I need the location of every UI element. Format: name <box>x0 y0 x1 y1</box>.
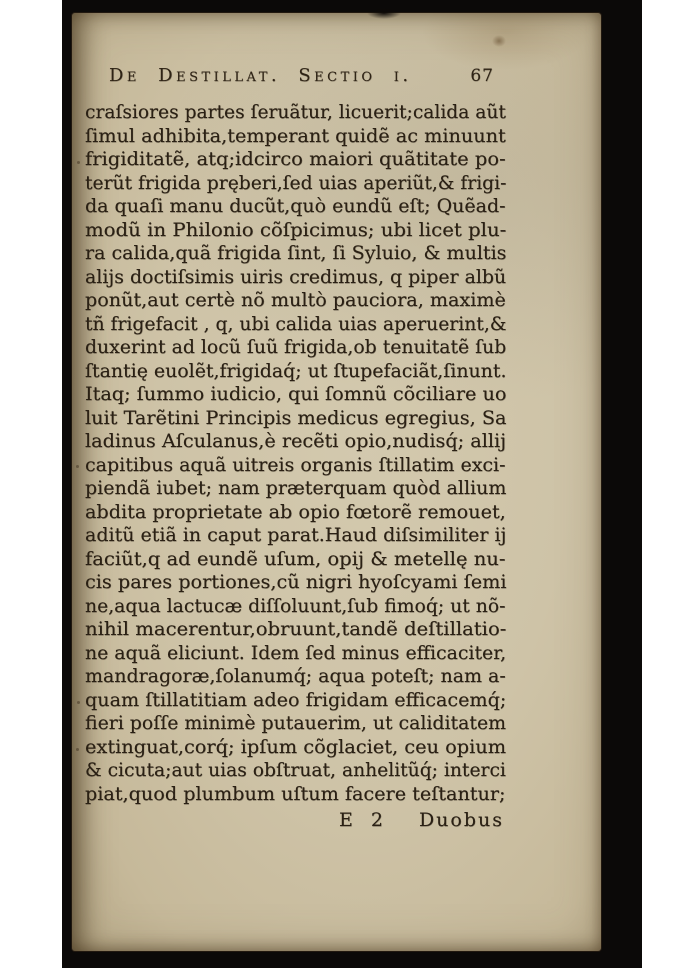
catchword: Duobus <box>419 809 504 833</box>
text-line: ſtantię euolẽt,frigidaq́; ut ſtupefaciãt… <box>85 360 506 384</box>
ink-speck <box>77 701 80 704</box>
text-line: capitibus aquã uitreis organis ſtillatim… <box>85 454 506 478</box>
text-line: piat,quod plumbum uſtum facere teſtantur… <box>85 783 506 807</box>
text-line: tñ frigefacit , q, ubi calida uias aperu… <box>85 313 506 337</box>
paper-stain <box>492 35 506 47</box>
text-line: cis pares portiones,cũ nigri hyoſcyami ſ… <box>85 571 506 595</box>
text-line: ladinus Aſculanus,è recẽti opio,nudisq́;… <box>85 430 506 454</box>
text-line: & cicuta;aut uias obſtruat, anhelitũq́; … <box>85 759 506 783</box>
text-line: Itaq; ſummo iudicio, qui ſomnũ cõciliare… <box>85 383 506 407</box>
text-line: nihil macerentur,obruunt,tandẽ deſtillat… <box>85 618 506 642</box>
text-line: extinguat,corq́; ipſum cõglaciet, ceu op… <box>85 736 506 760</box>
text-line: faciũt,q ad eundẽ uſum, opij & metellę n… <box>85 548 506 572</box>
ink-speck <box>76 748 79 751</box>
text-line: piendã iubet; nam præterquam quòd allium <box>85 477 506 501</box>
scan-canvas: De Destillat. Sectio i. 67 craſsiores pa… <box>0 0 690 976</box>
text-line: luit Tarẽtini Principis medicus egregius… <box>85 407 506 431</box>
text-line: ne,aqua lactucæ diſſoluunt,ſub fimoq́; u… <box>85 595 506 619</box>
text-line: ne aquã eliciunt. Idem ſed minus efficac… <box>85 642 506 666</box>
text-line: aditũ etiã in caput parat.Haud diſsimili… <box>85 524 506 548</box>
text-line: mandragoræ,ſolanumq́; aqua poteſt; nam a… <box>85 665 506 689</box>
page-number: 67 <box>470 66 494 86</box>
ink-speck <box>76 465 79 468</box>
text-line: abdita proprietate ab opio fœtorẽ remoue… <box>85 501 506 525</box>
text-line: ponũt,aut certè nõ multò pauciora, maxim… <box>85 289 506 313</box>
text-line: terũt frigida pręberi,ſed uias aperiũt,&… <box>85 172 506 196</box>
paper-stain <box>367 7 401 19</box>
body-text: craſsiores partes ſeruãtur, licuerit;cal… <box>85 101 506 806</box>
running-header: De Destillat. Sectio i. 67 <box>85 65 506 91</box>
book-page: De Destillat. Sectio i. 67 craſsiores pa… <box>72 13 601 951</box>
text-line: fieri poſſe minimè putauerim, ut calidit… <box>85 712 506 736</box>
text-line: da quaſi manu ducũt,quò eundũ eſt; Quẽad… <box>85 195 506 219</box>
text-line: ſimul adhibita,temperant quidẽ ac minuun… <box>85 125 506 149</box>
signature-row: E 2 Duobus <box>85 809 506 835</box>
body-text-block: craſsiores partes ſeruãtur, licuerit;cal… <box>85 101 506 835</box>
ink-speck <box>77 161 80 164</box>
text-line: modũ in Philonio cõſpicimus; ubi licet p… <box>85 219 506 243</box>
text-line: ra calida,quã frigida ſint, ſi Syluio, &… <box>85 242 506 266</box>
text-line: alijs doctiſsimis uiris credimus, q pipe… <box>85 266 506 290</box>
header-title: De Destillat. Sectio i. <box>109 65 412 86</box>
text-line: craſsiores partes ſeruãtur, licuerit;cal… <box>85 101 506 125</box>
scan-background: De Destillat. Sectio i. 67 craſsiores pa… <box>62 0 642 968</box>
text-line: quam ſtillatitiam adeo frigidam efficace… <box>85 689 506 713</box>
text-line: frigiditatẽ, atq;idcirco maiori quãtitat… <box>85 148 506 172</box>
signature-mark: E 2 <box>339 809 389 833</box>
text-line: duxerint ad locũ ſuũ frigida,ob tenuitat… <box>85 336 506 360</box>
